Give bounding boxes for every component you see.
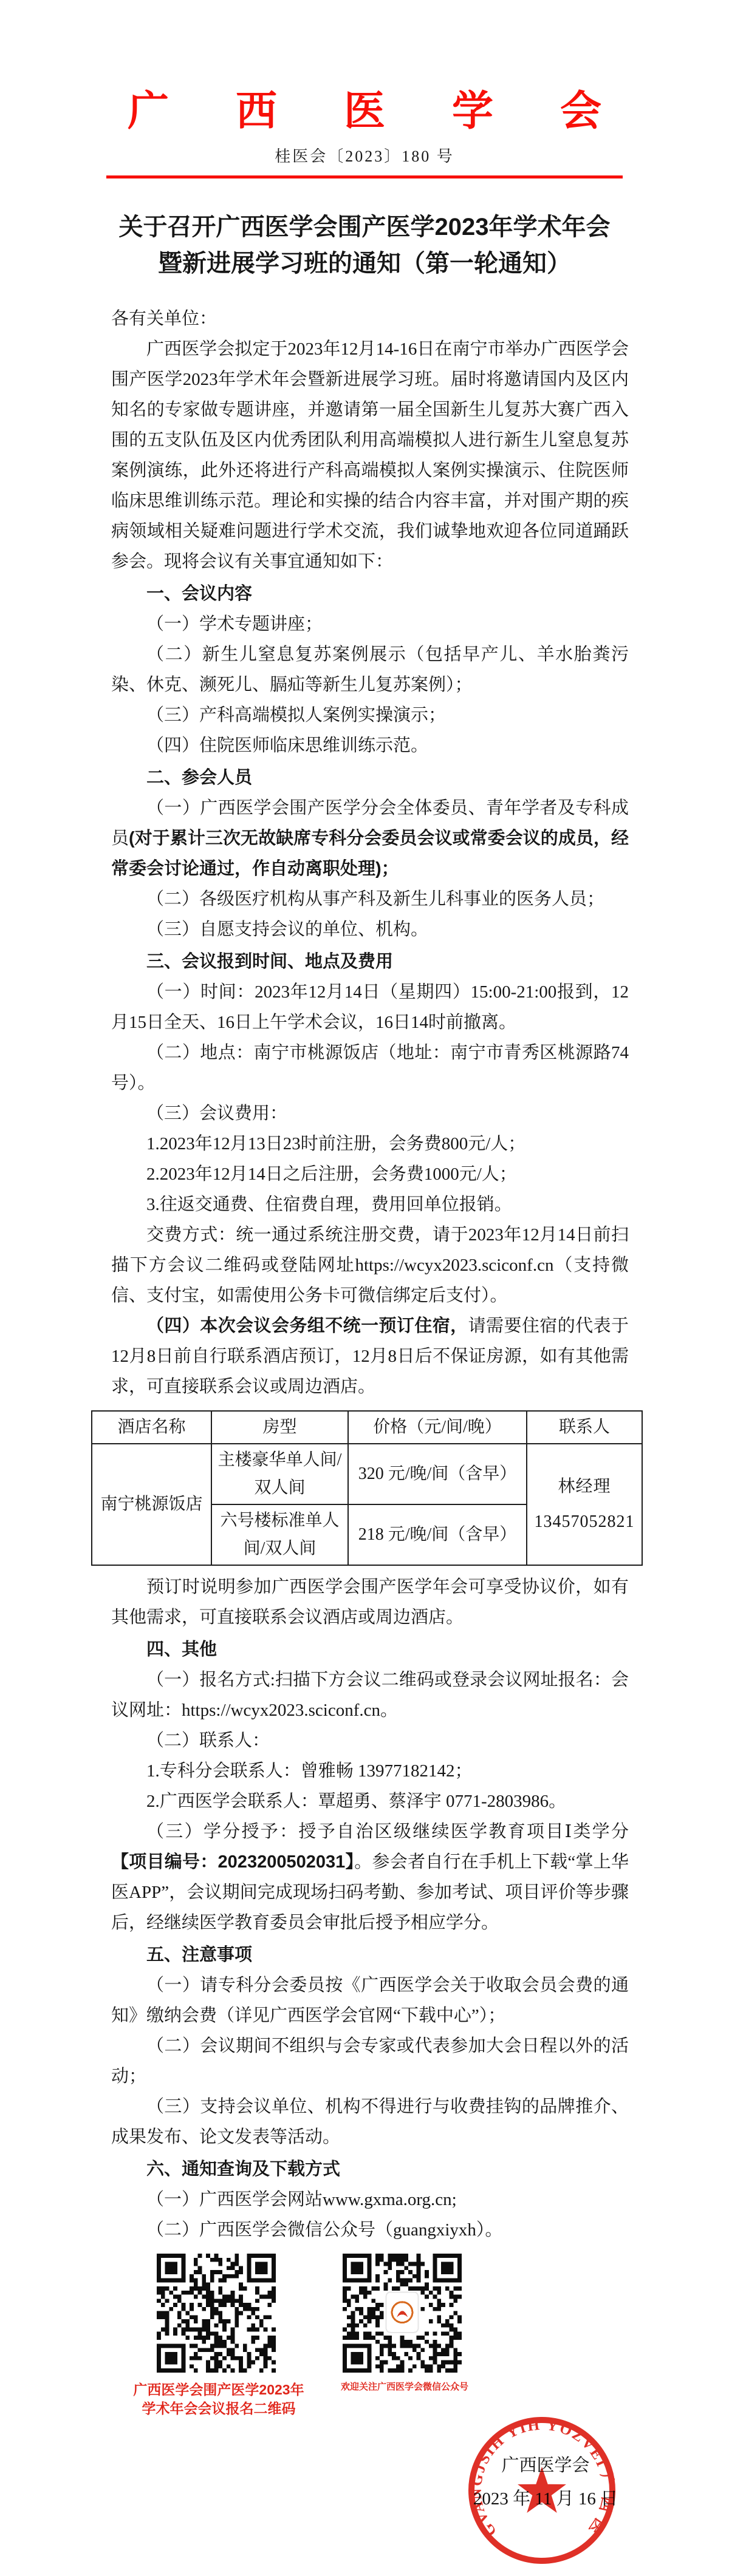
price-cell: 320 元/晚/间（含早） (348, 1444, 527, 1504)
col-price: 价格（元/间/晚） (348, 1411, 527, 1444)
red-divider (106, 175, 623, 178)
org-title: 广西医学会 (128, 90, 601, 133)
paragraph: 预订时说明参加广西医学会围产医学年会可享受协议价，如有其他需求，可直接联系会议酒… (111, 1572, 629, 1633)
salutation: 各有关单位： (111, 304, 629, 334)
paragraph: （三）学分授予：授予自治区级继续医学教育项目Ⅰ类学分【项目编号：20232005… (111, 1816, 629, 1938)
closing-org-name: 广西医学会 (460, 2449, 631, 2483)
paragraph: （二）联系人： (111, 1725, 629, 1756)
seal-arc-text: GVANGJSIH YIH YOZVEI 广 西 医 学 会 (466, 2415, 617, 2543)
paragraph: （二）各级医疗机构从事产科及新生儿科事业的医务人员； (111, 884, 629, 914)
notice-page: 广西医学会 桂医会〔2023〕180 号 关于召开广西医学会围产医学2023年学… (0, 0, 729, 2576)
contact-name: 林经理 (532, 1469, 637, 1504)
paragraph: 2.广西医学会联系人：覃超勇、蔡泽宇 0771-2803986。 (111, 1786, 629, 1816)
contact-cell: 林经理 13457052821 (527, 1444, 642, 1565)
section-heading: 二、参会人员 (111, 763, 629, 793)
paragraph: （一）请专科分会委员按《广西医学会关于收取会员会费的通知》缴纳会费（详见广西医学… (111, 1970, 629, 2031)
paragraph: 广西医学会拟定于2023年12月14-16日在南宁市举办广西医学会围产医学202… (111, 334, 629, 577)
official-seal: GVANGJSIH YIH YOZVEI 广 西 医 学 会 (466, 2415, 618, 2566)
notice-title: 关于召开广西医学会围产医学2023年学术年会 暨新进展学习班的通知（第一轮通知） (0, 209, 729, 282)
section-heading: 一、会议内容 (111, 579, 629, 609)
seal-ring (471, 2420, 612, 2561)
paragraph: （一）报名方式:扫描下方会议二维码或登录会议网址报名：会议网址：https://… (111, 1665, 629, 1725)
body-part2: 预订时说明参加广西医学会围产医学年会可享受协议价，如有其他需求，可直接联系会议酒… (111, 1572, 629, 2245)
wechat-qr-code (343, 2254, 462, 2373)
registration-qr-code (157, 2254, 276, 2373)
price-cell: 218 元/晚/间（含早） (348, 1504, 527, 1565)
seal-star (518, 2467, 566, 2513)
section-heading: 六、通知查询及下载方式 (111, 2154, 629, 2184)
closing-block: 广西医学会 2023 年 11 月 16 日 (460, 2449, 631, 2516)
paragraph: （一）广西医学会网站www.gxma.org.cn; (111, 2184, 629, 2215)
hotel-table: 酒店名称 房型 价格（元/间/晚） 联系人 南宁桃源饭店 主楼豪华单人间/双人间… (91, 1410, 643, 1566)
wechat-qr-caption: 欢迎关注广西医学会微信公众号 (332, 2381, 477, 2393)
notice-title-line1: 关于召开广西医学会围产医学2023年学术年会 (0, 209, 729, 245)
paragraph: （二）地点：南宁市桃源饭店（地址：南宁市青秀区桃源路74号）。 (111, 1038, 629, 1098)
registration-qr-caption-line2: 学术年会会议报名二维码 (126, 2399, 311, 2418)
contact-phone: 13457052821 (532, 1504, 637, 1540)
svg-text:GVANGJSIH YIH YOZVEI 广 西 医 学 会: GVANGJSIH YIH YOZVEI 广 西 医 学 会 (466, 2415, 617, 2543)
paragraph: （二）新生儿窒息复苏案例展示（包括早产儿、羊水胎粪污染、休克、濒死儿、膈疝等新生… (111, 639, 629, 700)
hotel-table-wrap: 酒店名称 房型 价格（元/间/晚） 联系人 南宁桃源饭店 主楼豪华单人间/双人间… (91, 1410, 629, 1566)
table-header-row: 酒店名称 房型 价格（元/间/晚） 联系人 (92, 1411, 642, 1444)
paragraph: （一）时间：2023年12月14日（星期四）15:00-21:00报到，12月1… (111, 977, 629, 1038)
paragraph: 1.2023年12月13日23时前注册，会务费800元/人； (111, 1129, 629, 1159)
paragraph: （三）支持会议单位、机构不得进行与收费挂钩的品牌推介、成果发布、论文发表等活动。 (111, 2092, 629, 2152)
paragraph: （一）学术专题讲座； (111, 609, 629, 639)
col-contact: 联系人 (527, 1411, 642, 1444)
notice-title-line2: 暨新进展学习班的通知（第一轮通知） (0, 245, 729, 282)
col-hotel-name: 酒店名称 (92, 1411, 211, 1444)
doc-number: 桂医会〔2023〕180 号 (0, 144, 729, 166)
section-heading: 四、其他 (111, 1634, 629, 1665)
paragraph: 1.专科分会联系人：曾雅畅 13977182142； (111, 1756, 629, 1786)
closing-date: 2023 年 11 月 16 日 (460, 2483, 631, 2516)
paragraph: （一）广西医学会围产医学分会全体委员、青年学者及专科成员(对于累计三次无故缺席专… (111, 793, 629, 884)
paragraph: （二）会议期间不组织与会专家或代表参加大会日程以外的活动； (111, 2031, 629, 2092)
paragraph: 3.往返交通费、住宿费自理，费用回单位报销。 (111, 1189, 629, 1220)
paragraph: 2.2023年12月14日之后注册，会务费1000元/人； (111, 1159, 629, 1189)
paragraph: 交费方式：统一通过系统注册交费，请于2023年12月14日前扫描下方会议二维码或… (111, 1220, 629, 1311)
section-heading: 五、注意事项 (111, 1940, 629, 1970)
paragraph: （三）产科高端模拟人案例实操演示； (111, 700, 629, 730)
col-room-type: 房型 (211, 1411, 348, 1444)
room-type-cell: 主楼豪华单人间/双人间 (211, 1444, 348, 1504)
registration-qr-caption-line1: 广西医学会围产医学2023年 (126, 2381, 311, 2399)
hotel-name-cell: 南宁桃源饭店 (92, 1444, 211, 1565)
table-row: 南宁桃源饭店 主楼豪华单人间/双人间 320 元/晚/间（含早） 林经理 134… (92, 1444, 642, 1504)
paragraph: （四）住院医师临床思维训练示范。 (111, 730, 629, 761)
paragraph: （四）本次会议会务组不统一预订住宿，请需要住宿的代表于12月8日前自行联系酒店预… (111, 1311, 629, 1402)
section-heading: 三、会议报到时间、地点及费用 (111, 946, 629, 977)
paragraph: （三）会议费用： (111, 1098, 629, 1129)
paragraph: （三）自愿支持会议的单位、机构。 (111, 914, 629, 945)
room-type-cell: 六号楼标准单人间/双人间 (211, 1504, 348, 1565)
body-part1: 广西医学会拟定于2023年12月14-16日在南宁市举办广西医学会围产医学202… (111, 334, 629, 1402)
registration-qr-caption: 广西医学会围产医学2023年 学术年会会议报名二维码 (126, 2381, 311, 2418)
paragraph: （二）广西医学会微信公众号（guangxiyxh）。 (111, 2215, 629, 2245)
document-body: 各有关单位： 广西医学会拟定于2023年12月14-16日在南宁市举办广西医学会… (111, 304, 629, 2245)
